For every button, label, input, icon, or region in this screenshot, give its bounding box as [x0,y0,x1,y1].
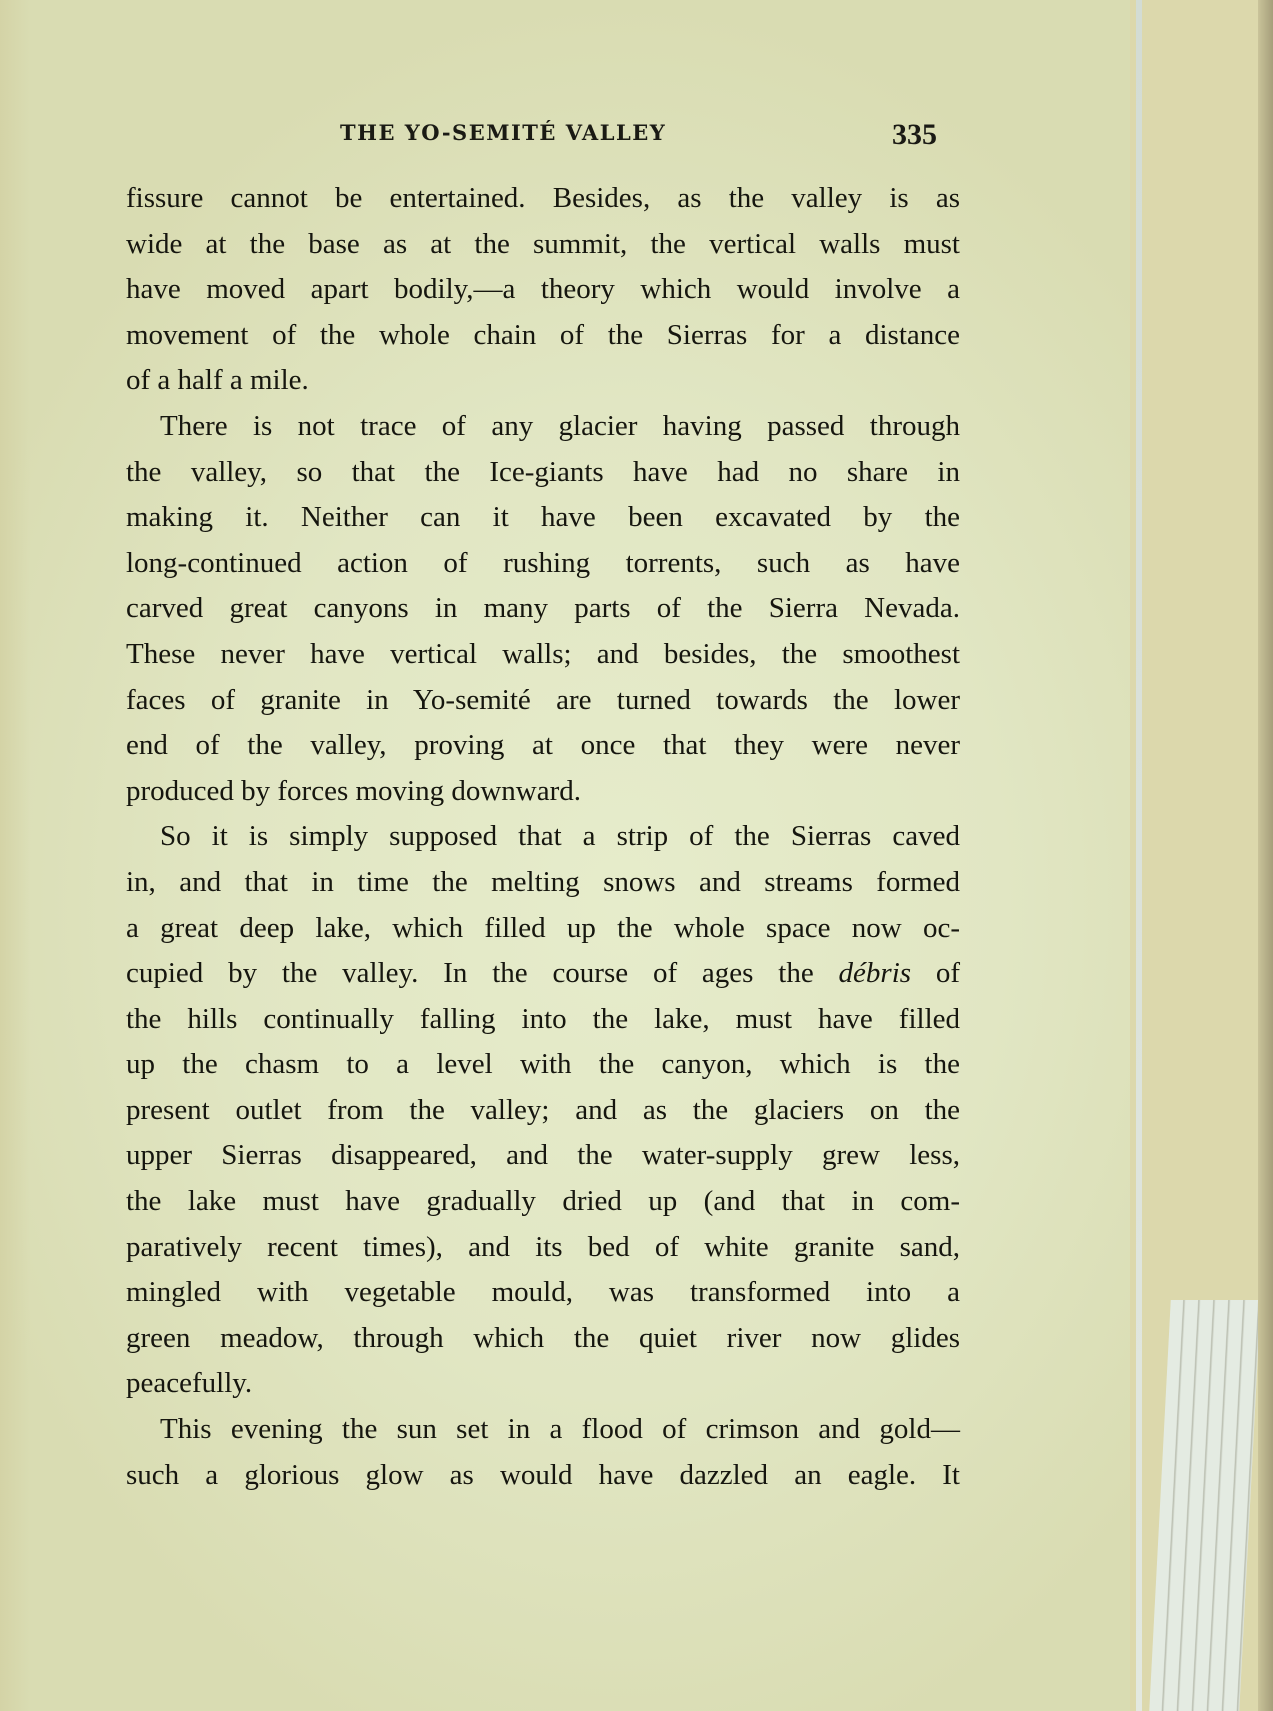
text-line: mingled with vegetable mould, was transf… [126,1270,960,1316]
paragraph: There is not trace of any glacier having… [126,404,960,814]
text-line: paratively recent times), and its bed of… [126,1225,960,1271]
text-line: fissure cannot be entertained. Besides, … [126,176,960,222]
text-line: So it is simply supposed that a strip of… [126,814,960,860]
text-line: end of the valley, proving at once that … [126,723,960,769]
text-line: present outlet from the valley; and as t… [126,1088,960,1134]
page-number: 335 [892,118,937,152]
text-line: There is not trace of any glacier having… [126,404,960,450]
running-title: THE YO-SEMITÉ VALLEY [340,120,666,145]
page-edge-line [1136,0,1142,1711]
text-line: movement of the whole chain of the Sierr… [126,313,960,359]
text-segment: of [936,957,960,989]
text-line: produced by forces moving downward. [126,769,960,815]
paragraph: fissure cannot be entertained. Besides, … [126,176,960,404]
text-line: such a glorious glow as would have dazzl… [126,1453,960,1499]
text-line: in, and that in time the melting snows a… [126,860,960,906]
text-line: peacefully. [126,1361,960,1407]
text-line: have moved apart bodily,—a theory which … [126,267,960,313]
text-line: the valley, so that the Ice-giants have … [126,450,960,496]
book-edge-shadow [1258,0,1273,1711]
text-line: making it. Neither can it have been exca… [126,495,960,541]
paragraph: This evening the sun set in a flood of c… [126,1407,960,1498]
body-text: fissure cannot be entertained. Besides, … [126,176,960,1498]
text-line: long-continued action of rushing torrent… [126,541,960,587]
text-line-with-italic: cupied by the valley. In the course of a… [126,951,960,997]
text-line: a great deep lake, which filled up the w… [126,906,960,952]
paragraph: So it is simply supposed that a strip of… [126,814,960,1407]
text-segment: cupied by the valley. In the course of a… [126,957,814,989]
text-line: green meadow, through which the quiet ri… [126,1316,960,1362]
gutter-shadow [0,0,30,1711]
text-line: the lake must have gradually dried up (a… [126,1179,960,1225]
text-line: wide at the base as at the summit, the v… [126,222,960,268]
italic-word: débris [839,957,912,989]
text-line: upper Sierras disappeared, and the water… [126,1133,960,1179]
text-line: faces of granite in Yo-semité are turned… [126,678,960,724]
text-line: up the chasm to a level with the canyon,… [126,1042,960,1088]
text-line: the hills continually falling into the l… [126,997,960,1043]
text-line: carved great canyons in many parts of th… [126,586,960,632]
text-line: of a half a mile. [126,358,960,404]
text-line: This evening the sun set in a flood of c… [126,1407,960,1453]
text-line: These never have vertical walls; and bes… [126,632,960,678]
